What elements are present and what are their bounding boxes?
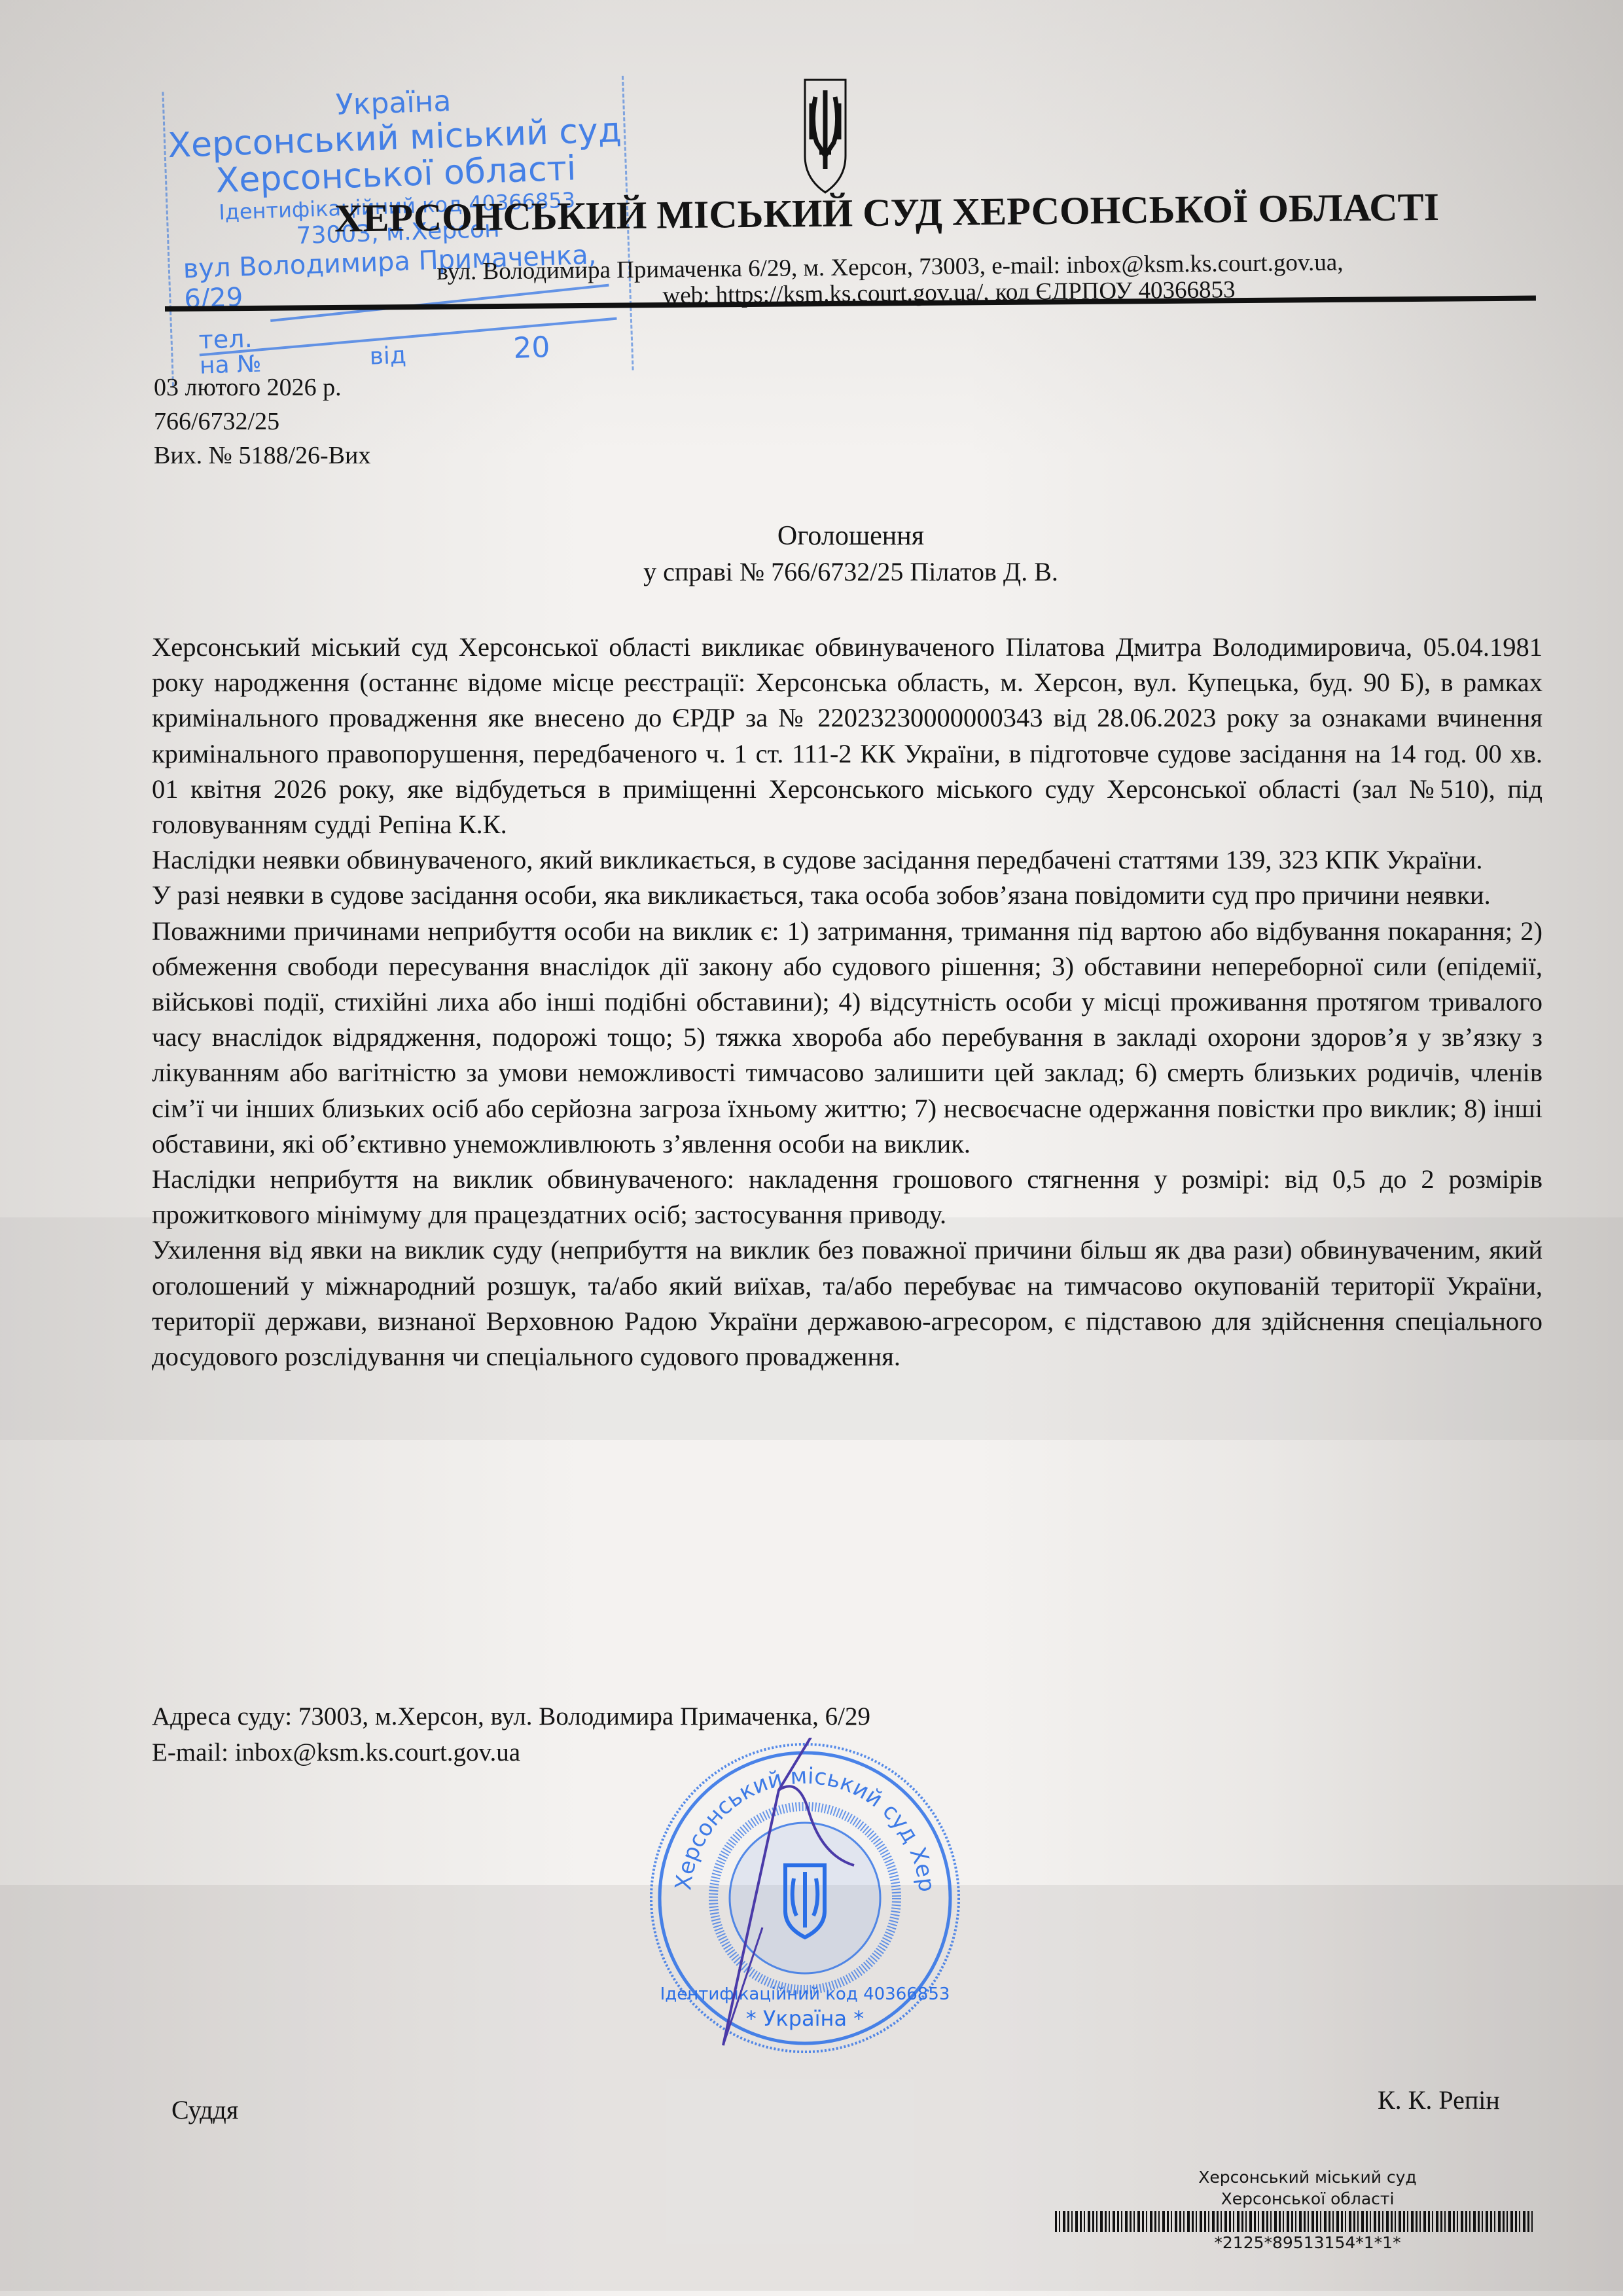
court-email: E-mail: inbox@ksm.ks.court.gov.ua [152,1738,520,1767]
stamp-from-label: від [369,342,407,370]
svg-text:Ідентифікаційний код 40366853: Ідентифікаційний код 40366853 [660,1984,950,2004]
paragraph-valid-reasons: Поважними причинами неприбуття особи на … [152,914,1543,1162]
paragraph-evasion: Ухилення від явки на виклик суду (неприб… [152,1232,1543,1374]
barcode-caption-region: Херсонської області [1196,2189,1419,2208]
judge-role: Суддя [171,2094,238,2125]
paragraph-summons: Херсонський міський суд Херсонської обла… [152,630,1543,842]
official-seal: Херсонський міський суд Херсонської обла… [645,1738,965,2058]
announcement-body: Херсонський міський суд Херсонської обла… [152,630,1543,1374]
stamp-year-prefix: 20 [512,331,550,365]
barcode-caption-court: Херсонський міський суд [1196,2168,1419,2187]
barcode-number: *2125*89513154*1*1* [1196,2233,1419,2252]
barcode-icon [1055,2211,1533,2232]
document-title: Оголошення [0,520,1623,552]
paragraph-notify-court: У разі неявки в судове засідання особи, … [152,878,1543,913]
paragraph-nonappearance-penalty: Наслідки неприбуття на виклик обвинуваче… [152,1162,1543,1232]
trident-coat-of-arms-icon [802,77,848,195]
case-number: 766/6732/25 [154,406,279,437]
document-date: 03 лютого 2026 р. [154,372,342,403]
court-address: Адреса суду: 73003, м.Херсон, вул. Волод… [152,1702,870,1731]
paragraph-consequences: Наслідки неявки обвинуваченого, який вик… [152,842,1543,878]
svg-text:* Україна *: * Україна * [746,2006,865,2031]
outgoing-number: Вих. № 5188/26-Вих [154,440,370,471]
judge-name: К. К. Репін [1378,2085,1500,2115]
document-subtitle: у справі № 766/6732/25 Пілатов Д. В. [0,556,1623,587]
